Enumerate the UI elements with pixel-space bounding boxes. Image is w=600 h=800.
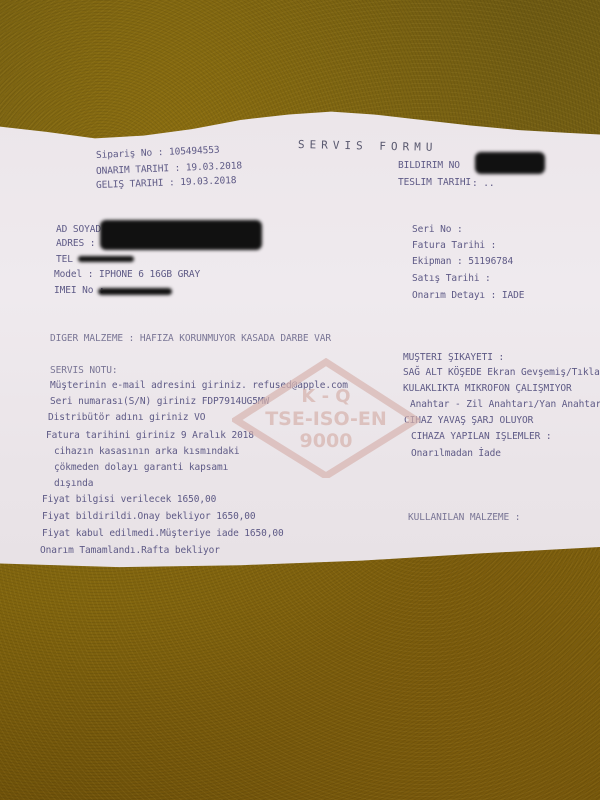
service-note-line: Fatura tarihini giriniz 9 Aralık 2018 <box>46 430 254 441</box>
service-note-line: Distribütör adını giriniz VO <box>48 412 205 423</box>
device-model: Model : IPHONE 6 16GB GRAY <box>54 269 200 280</box>
equipment-number: Ekipman : 51196784 <box>412 256 513 267</box>
repair-detail: Onarım Detayı : IADE <box>412 290 524 301</box>
delivery-date-value: : .. <box>472 178 494 189</box>
complaint-line: CIHAZ YAVAŞ ŞARJ OLUYOR <box>404 415 533 426</box>
delivery-date-label: TESLIM TARIHI <box>398 177 471 188</box>
price-notified-line: Fiyat bildirildi.Onay bekliyor 1650,00 <box>42 511 256 522</box>
service-note-line: dışında <box>54 478 93 489</box>
complaint-line: SAĞ ALT KÖŞEDE Ekran Gevşemiş/Tıklama Se… <box>403 367 600 378</box>
redacted-imei <box>98 288 172 295</box>
complaint-line: Anahtar - Zil Anahtarı/Yan Anahtar <box>410 399 600 410</box>
notification-number-label: BILDIRIM NO <box>398 160 460 171</box>
redacted-customer-name-address <box>100 220 262 250</box>
complaint-line: KULAKLIKTA MIKROFON ÇALIŞMIYOR <box>403 383 572 394</box>
operations-heading: CIHAZA YAPILAN IŞLEMLER : <box>411 431 552 442</box>
service-note-line: cihazın kasasının arka kısmındaki <box>54 446 239 457</box>
operations-value: Onarılmadan İade <box>411 448 501 459</box>
service-note-line: Seri numarası(S/N) giriniz FDP7914UG5MW <box>50 396 269 407</box>
service-note-line: çökmeden dolayı garanti kapsamı <box>54 462 228 473</box>
invoice-date-label: Fatura Tarihi : <box>412 240 496 251</box>
redacted-phone <box>78 256 134 262</box>
imei-label: IMEI No : <box>54 285 105 296</box>
price-rejected-line: Fiyat kabul edilmedi.Müşteriye iade 1650… <box>42 528 284 539</box>
customer-complaint-heading: MUŞTERI ŞIKAYETI : <box>403 352 504 363</box>
service-note-line: Müşterinin e-mail adresini giriniz. refu… <box>50 380 348 391</box>
price-info-line: Fiyat bilgisi verilecek 1650,00 <box>42 494 216 505</box>
used-material-label: KULLANILAN MALZEME : <box>408 512 520 523</box>
customer-phone-label: TEL <box>56 254 73 265</box>
repair-completed-line: Onarım Tamamlandı.Rafta bekliyor <box>40 545 220 556</box>
sale-date-label: Satış Tarihi : <box>412 273 491 284</box>
service-note-heading: SERVIS NOTU: <box>50 365 117 376</box>
serial-number-label: Seri No : <box>412 224 463 235</box>
redacted-notification-number <box>475 152 545 174</box>
other-material: DIGER MALZEME : HAFIZA KORUNMUYOR KASADA… <box>50 333 331 344</box>
customer-address-label: ADRES : <box>56 238 95 249</box>
